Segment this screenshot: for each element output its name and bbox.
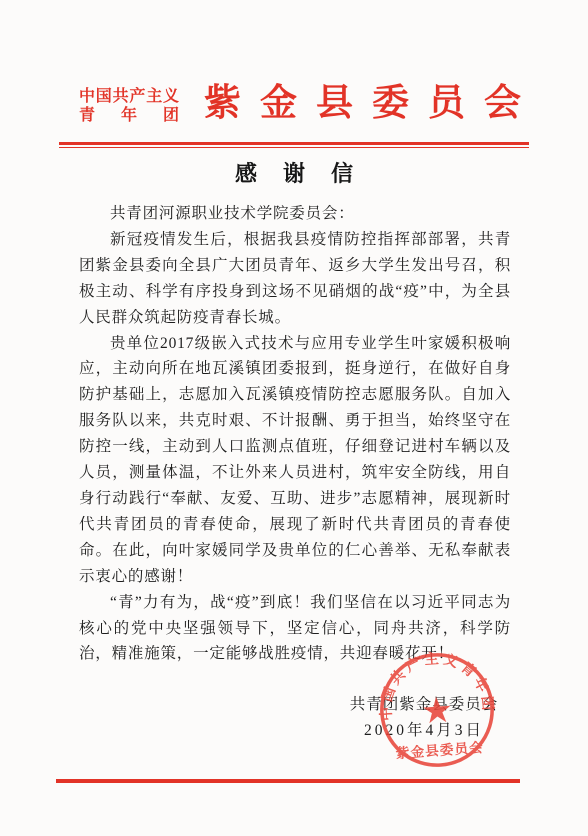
- official-seal: 中国共产主义青年团 ★ 紫金县委员会: [370, 643, 504, 777]
- org-name-line2: 青年团: [79, 106, 179, 125]
- seal-star-icon: ★: [420, 690, 455, 732]
- letter-body: 共青团河源职业技术学院委员会： 新冠疫情发生后，根据我县疫情防控指挥部部署，共青…: [79, 201, 511, 667]
- committee-title: 紫金县委员会: [204, 82, 540, 126]
- org-name-block: 中国共产主义 青年团: [79, 87, 179, 125]
- letterhead-rule: [59, 142, 529, 148]
- org-name-line1: 中国共产主义: [79, 87, 179, 106]
- scanned-letter-page: 中国共产主义 青年团 紫金县委员会 感谢信 共青团河源职业技术学院委员会： 新冠…: [0, 0, 588, 836]
- body-paragraph: 新冠疫情发生后，根据我县疫情防控指挥部部署，共青团紫金县委向全县广大团员青年、返…: [79, 227, 511, 331]
- footer-rule: [56, 779, 520, 783]
- body-paragraph: 贵单位2017级嵌入式技术与应用专业学生叶家媛积极响应，主动向所在地瓦溪镇团委报…: [79, 331, 511, 590]
- doc-title: 感谢信: [209, 157, 379, 188]
- seal-bottom-text: 紫金县委员会: [395, 739, 484, 761]
- doc-title-row: 感谢信: [0, 157, 588, 188]
- salutation: 共青团河源职业技术学院委员会：: [79, 201, 511, 227]
